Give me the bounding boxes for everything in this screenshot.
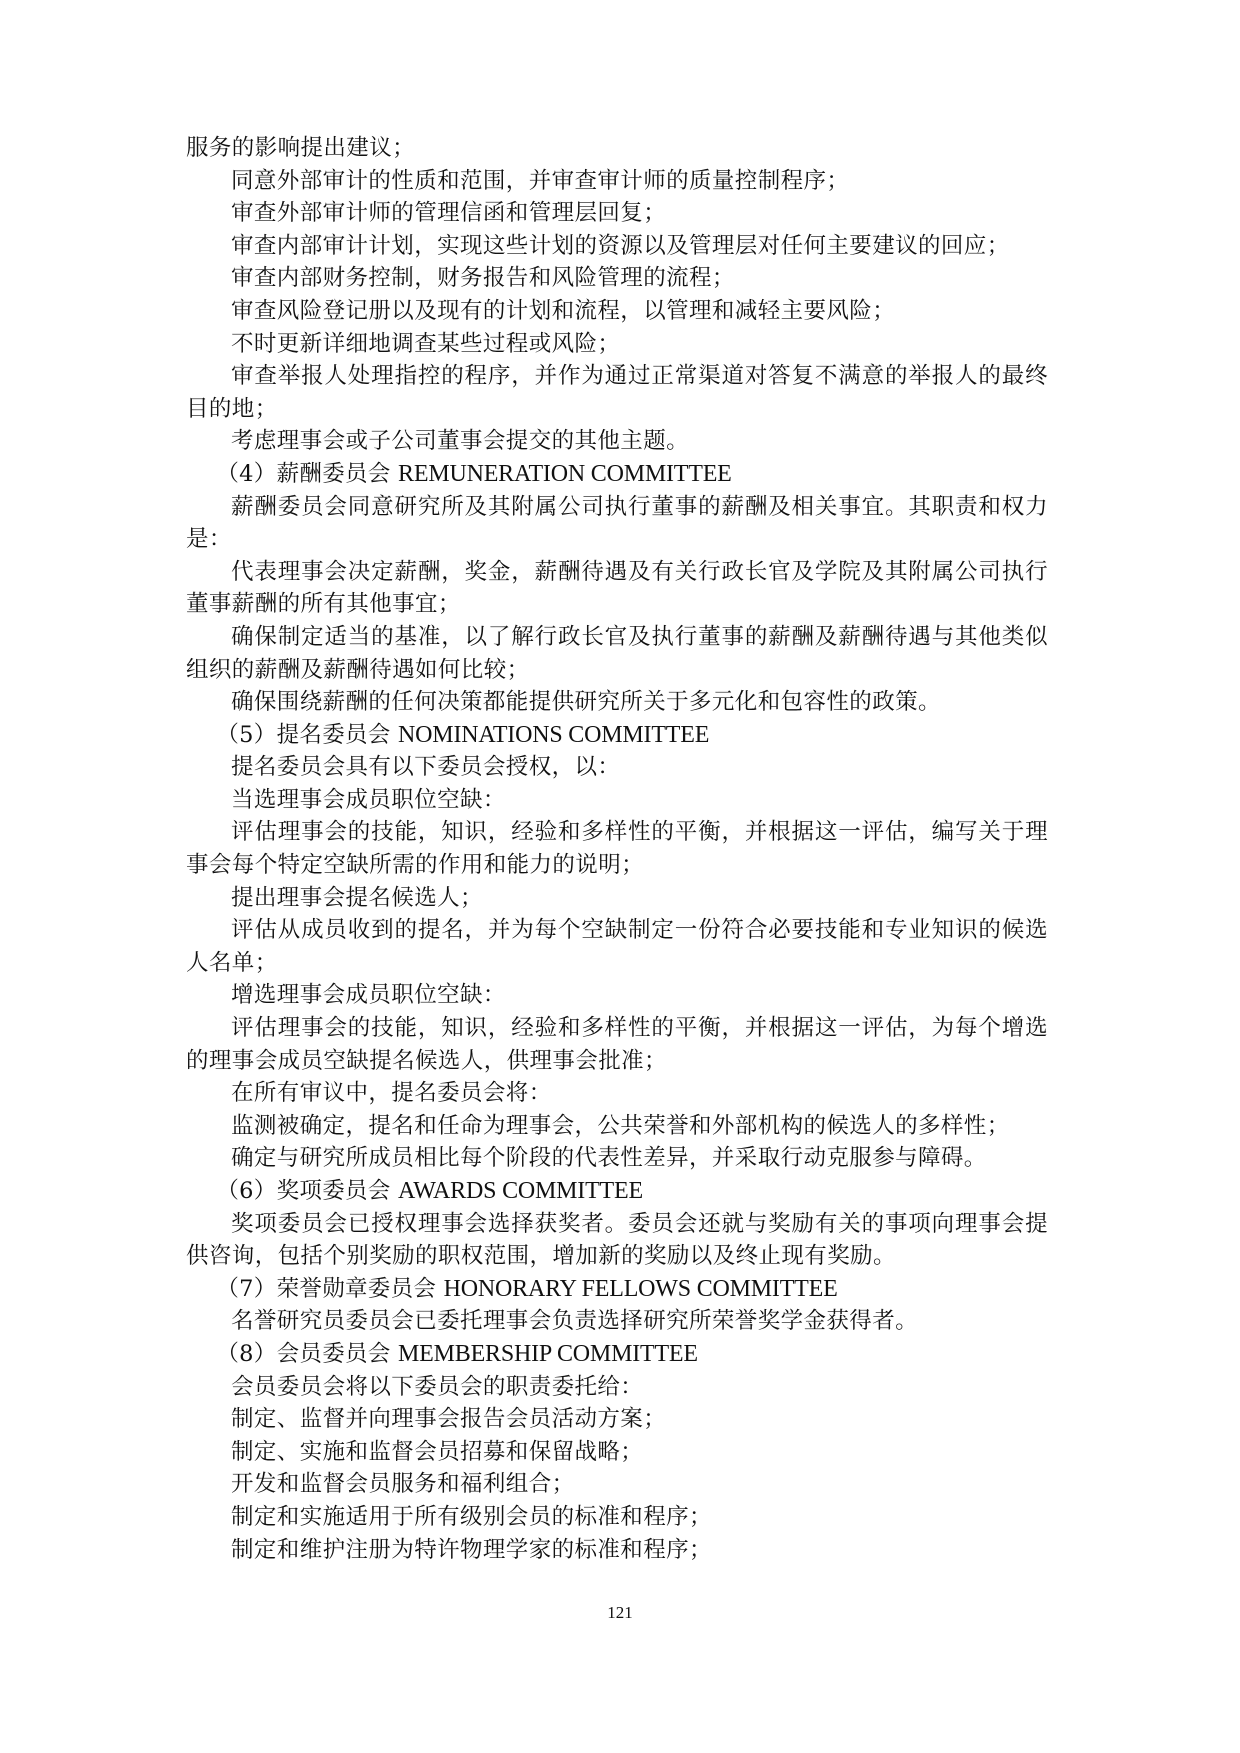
paragraph: 审查内部审计计划，实现这些计划的资源以及管理层对任何主要建议的回应； (186, 230, 1048, 263)
paragraph: 确保制定适当的基准，以了解行政长官及执行董事的薪酬及薪酬待遇与其他类似组织的薪酬… (186, 621, 1048, 686)
paragraph: 增选理事会成员职位空缺： (186, 979, 1048, 1012)
section-title-cn: 薪酬委员会 (277, 461, 398, 487)
section-title-cn: 荣誉勋章委员会 (277, 1276, 444, 1302)
section-number: （6） (216, 1178, 276, 1204)
section-title-en: HONORARY FELLOWS COMMITTEE (444, 1276, 838, 1302)
paragraph: 监测被确定，提名和任命为理事会，公共荣誉和外部机构的候选人的多样性； (186, 1110, 1048, 1143)
paragraph: 在所有审议中，提名委员会将： (186, 1077, 1048, 1110)
section-heading: （4）薪酬委员会 REMUNERATION COMMITTEE (186, 458, 1048, 491)
paragraph: 制定、监督并向理事会报告会员活动方案； (186, 1403, 1048, 1436)
paragraph: 名誉研究员委员会已委托理事会负责选择研究所荣誉奖学金获得者。 (186, 1305, 1048, 1338)
paragraph: 评估理事会的技能，知识，经验和多样性的平衡，并根据这一评估，为每个增选的理事会成… (186, 1012, 1048, 1077)
paragraph: 评估从成员收到的提名，并为每个空缺制定一份符合必要技能和专业知识的候选人名单； (186, 914, 1048, 979)
section-heading: （7）荣誉勋章委员会 HONORARY FELLOWS COMMITTEE (186, 1273, 1048, 1306)
paragraph: 提出理事会提名候选人； (186, 882, 1048, 915)
section-title-en: NOMINATIONS COMMITTEE (398, 722, 709, 748)
paragraph: 当选理事会成员职位空缺： (186, 784, 1048, 817)
paragraph: 代表理事会决定薪酬，奖金，薪酬待遇及有关行政长官及学院及其附属公司执行董事薪酬的… (186, 556, 1048, 621)
section-title-en: AWARDS COMMITTEE (398, 1178, 643, 1204)
section-title-cn: 奖项委员会 (277, 1178, 398, 1204)
paragraph: 确保围绕薪酬的任何决策都能提供研究所关于多元化和包容性的政策。 (186, 686, 1048, 719)
paragraph: 薪酬委员会同意研究所及其附属公司执行董事的薪酬及相关事宜。其职责和权力是： (186, 491, 1048, 556)
section-heading: （5）提名委员会 NOMINATIONS COMMITTEE (186, 719, 1048, 752)
paragraph: 审查风险登记册以及现有的计划和流程，以管理和减轻主要风险； (186, 295, 1048, 328)
section-title-en: MEMBERSHIP COMMITTEE (398, 1341, 698, 1367)
paragraph: 考虑理事会或子公司董事会提交的其他主题。 (186, 425, 1048, 458)
page-number: 121 (0, 1603, 1240, 1623)
document-body: 服务的影响提出建议；同意外部审计的性质和范围，并审查审计师的质量控制程序；审查外… (186, 132, 1048, 1566)
section-number: （7） (216, 1276, 276, 1302)
paragraph: 制定和维护注册为特许物理学家的标准和程序； (186, 1534, 1048, 1567)
paragraph: 提名委员会具有以下委员会授权，以： (186, 751, 1048, 784)
paragraph: 奖项委员会已授权理事会选择获奖者。委员会还就与奖励有关的事项向理事会提供咨询，包… (186, 1208, 1048, 1273)
section-number: （8） (216, 1341, 276, 1367)
paragraph: 评估理事会的技能，知识，经验和多样性的平衡，并根据这一评估，编写关于理事会每个特… (186, 816, 1048, 881)
paragraph: 开发和监督会员服务和福利组合； (186, 1468, 1048, 1501)
paragraph: 审查举报人处理指控的程序，并作为通过正常渠道对答复不满意的举报人的最终目的地； (186, 360, 1048, 425)
section-heading: （6）奖项委员会 AWARDS COMMITTEE (186, 1175, 1048, 1208)
section-title-en: REMUNERATION COMMITTEE (398, 461, 732, 487)
paragraph: 不时更新详细地调查某些过程或风险； (186, 328, 1048, 361)
paragraph: 确定与研究所成员相比每个阶段的代表性差异，并采取行动克服参与障碍。 (186, 1142, 1048, 1175)
section-number: （4） (216, 461, 276, 487)
paragraph: 会员委员会将以下委员会的职责委托给： (186, 1371, 1048, 1404)
paragraph: 制定、实施和监督会员招募和保留战略； (186, 1436, 1048, 1469)
section-number: （5） (216, 722, 276, 748)
paragraph: 同意外部审计的性质和范围，并审查审计师的质量控制程序； (186, 165, 1048, 198)
section-title-cn: 提名委员会 (277, 722, 398, 748)
section-heading: （8）会员委员会 MEMBERSHIP COMMITTEE (186, 1338, 1048, 1371)
paragraph-continuation: 服务的影响提出建议； (186, 132, 1048, 165)
paragraph: 审查内部财务控制，财务报告和风险管理的流程； (186, 262, 1048, 295)
paragraph: 审查外部审计师的管理信函和管理层回复； (186, 197, 1048, 230)
section-title-cn: 会员委员会 (277, 1341, 398, 1367)
paragraph: 制定和实施适用于所有级别会员的标准和程序； (186, 1501, 1048, 1534)
